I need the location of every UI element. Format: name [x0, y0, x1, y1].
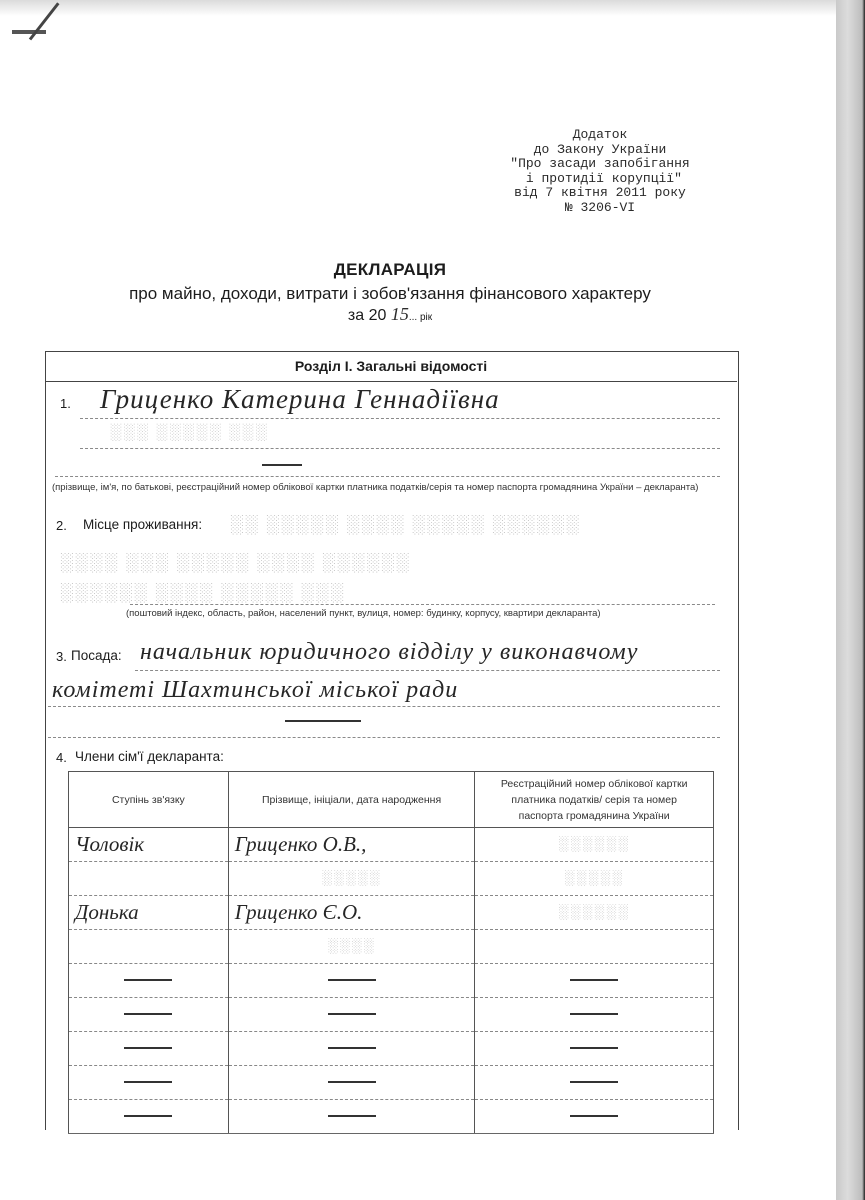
cell-id — [475, 930, 714, 964]
handwritten-dash — [328, 979, 376, 981]
item-4-number: 4. — [56, 750, 67, 765]
handwritten-dash — [328, 1013, 376, 1015]
item-1-caption: (прізвище, ім'я, по батькові, реєстрацій… — [52, 482, 698, 493]
year-suffix: ... рік — [409, 312, 432, 323]
cell-id: ░░░░░ — [475, 862, 714, 896]
handwritten-dash — [328, 1115, 376, 1117]
cell-name — [228, 1032, 475, 1066]
cell-id — [475, 1100, 714, 1134]
pen-mark-dash — [12, 30, 46, 34]
column-header-name: Прізвище, ініціали, дата народження — [228, 772, 475, 828]
annex-line: № 3206-VI — [470, 201, 730, 216]
declaration-year: за 20 15... рік — [0, 304, 780, 325]
document-subtitle: про майно, доходи, витрати і зобов'язанн… — [0, 284, 780, 304]
column-header-id: Реєстраційний номер облікової картки пла… — [475, 772, 714, 828]
item-1-number: 1. — [60, 396, 71, 411]
cell-id — [475, 1032, 714, 1066]
redacted-address-line: ░░ ░░░░░ ░░░░ ░░░░░ ░░░░░░ — [230, 514, 581, 535]
handwritten-dash — [124, 979, 172, 981]
table-row: ░░░░ — [69, 930, 714, 964]
table-row: ░░░░░░░░░░ — [69, 862, 714, 896]
cell-id: ░░░░░░ — [475, 896, 714, 930]
redacted-address-line: ░░░░ ░░░ ░░░░░ ░░░░ ░░░░░░ — [60, 552, 411, 573]
handwritten-dash — [285, 720, 361, 722]
declarant-name: Гриценко Катерина Геннадіївна — [100, 384, 720, 415]
table-row: ДонькаГриценко Є.О.░░░░░░ — [69, 896, 714, 930]
cell-relation — [69, 998, 229, 1032]
annex-line: і протидії корупції" — [470, 172, 730, 187]
cell-name: ░░░░ — [228, 930, 475, 964]
cell-name: ░░░░░ — [228, 862, 475, 896]
annex-line: до Закону України — [470, 143, 730, 158]
annex-reference: Додаток до Закону України "Про засади за… — [470, 128, 730, 215]
handwritten-dash — [262, 464, 302, 466]
handwritten-dash — [570, 979, 618, 981]
position-line-1: начальник юридичного відділу у виконавчо… — [140, 639, 638, 666]
cell-name — [228, 998, 475, 1032]
redacted-address-line: ░░░░░░ ░░░░ ░░░░░ ░░░ — [60, 582, 345, 603]
cell-id — [475, 998, 714, 1032]
item-2-caption: (поштовий індекс, область, район, населе… — [126, 608, 601, 619]
table-row — [69, 1066, 714, 1100]
item-2-number: 2. — [56, 518, 67, 533]
cell-relation — [69, 1032, 229, 1066]
item-2-label: Місце проживання: — [83, 517, 202, 532]
item-3-number: 3. — [56, 649, 67, 664]
family-members-table: Ступінь зв'язку Прізвище, ініціали, дата… — [68, 771, 714, 1134]
cell-id — [475, 964, 714, 998]
cell-name: Гриценко Є.О. — [228, 896, 475, 930]
cell-relation: Донька — [69, 896, 229, 930]
table-row — [69, 1100, 714, 1134]
item-4-label: Члени сім'ї декларанта: — [75, 749, 224, 764]
scan-smudge — [0, 0, 865, 16]
cell-relation — [69, 1100, 229, 1134]
field-line — [130, 604, 715, 605]
table-header-row: Ступінь зв'язку Прізвище, ініціали, дата… — [69, 772, 714, 828]
field-line — [80, 418, 720, 419]
handwritten-dash — [570, 1115, 618, 1117]
table-row — [69, 964, 714, 998]
column-header-relation: Ступінь зв'язку — [69, 772, 229, 828]
handwritten-dash — [570, 1081, 618, 1083]
cell-name: Гриценко О.В., — [228, 828, 475, 862]
annex-line: Додаток — [470, 128, 730, 143]
table-row — [69, 1032, 714, 1066]
cell-name — [228, 1066, 475, 1100]
handwritten-dash — [328, 1047, 376, 1049]
cell-id — [475, 1066, 714, 1100]
field-line — [48, 706, 720, 707]
annex-line: від 7 квітня 2011 року — [470, 186, 730, 201]
field-line — [80, 448, 720, 449]
position-line-2: комітеті Шахтинської міської ради — [52, 677, 458, 704]
table-row: ЧоловікГриценко О.В.,░░░░░░ — [69, 828, 714, 862]
document-title: ДЕКЛАРАЦІЯ — [0, 260, 780, 280]
field-line — [55, 476, 720, 477]
cell-name — [228, 964, 475, 998]
cell-id: ░░░░░░ — [475, 828, 714, 862]
cell-relation — [69, 930, 229, 964]
year-handwritten: 15 — [391, 304, 409, 324]
handwritten-dash — [124, 1013, 172, 1015]
handwritten-dash — [124, 1081, 172, 1083]
cell-relation: Чоловік — [69, 828, 229, 862]
handwritten-dash — [570, 1047, 618, 1049]
handwritten-dash — [124, 1047, 172, 1049]
redacted-id: ░░░ ░░░░░ ░░░ — [110, 424, 269, 442]
handwritten-dash — [328, 1081, 376, 1083]
cell-relation — [69, 862, 229, 896]
table-row — [69, 998, 714, 1032]
cell-relation — [69, 964, 229, 998]
year-prefix: за 20 — [348, 307, 386, 324]
annex-line: "Про засади запобігання — [470, 157, 730, 172]
handwritten-dash — [570, 1013, 618, 1015]
scan-page-edge — [836, 0, 865, 1200]
item-3-label: Посада: — [71, 648, 122, 663]
section-title: Розділ І. Загальні відомості — [45, 351, 737, 382]
field-line — [135, 670, 720, 671]
handwritten-dash — [124, 1115, 172, 1117]
cell-relation — [69, 1066, 229, 1100]
field-line — [48, 737, 720, 738]
cell-name — [228, 1100, 475, 1134]
